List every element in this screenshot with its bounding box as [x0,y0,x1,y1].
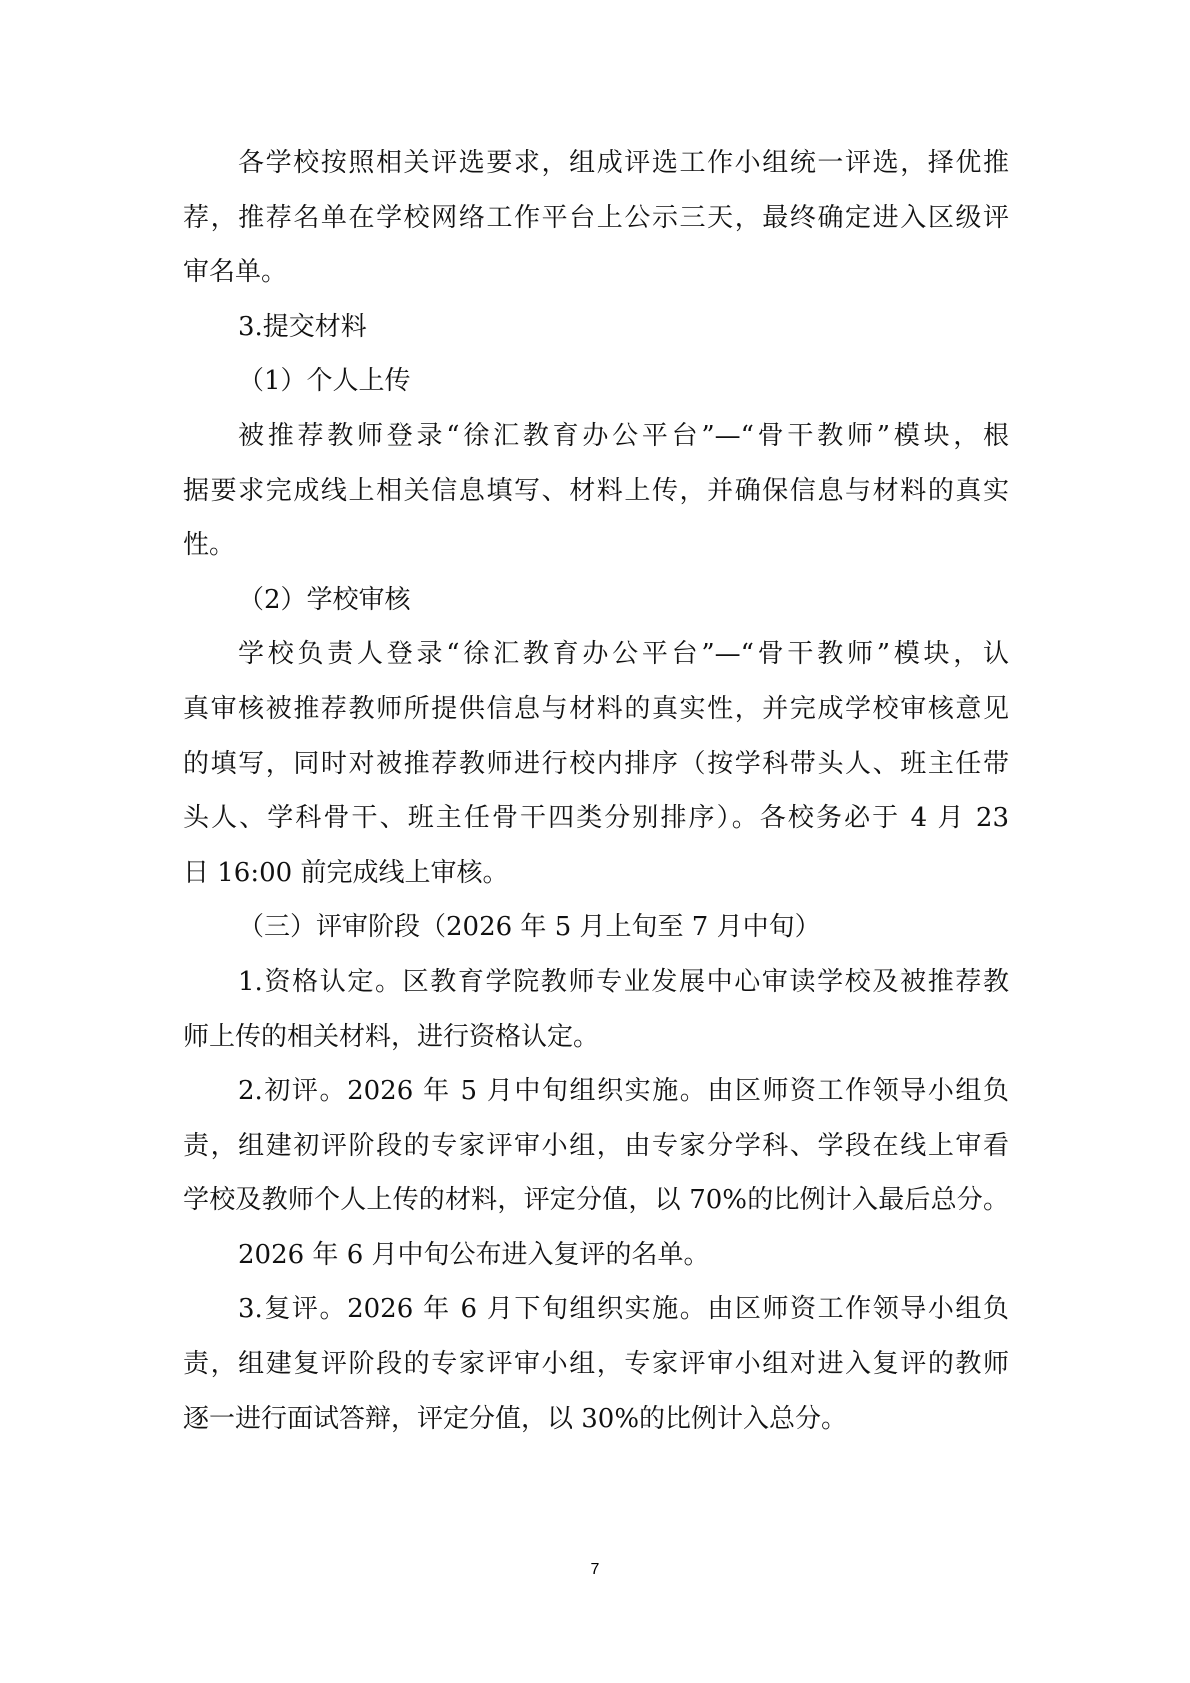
text-line: （三）评审阶段（2026 年 5 月上旬至 7 月中旬） [183,900,1009,955]
text-line: 师上传的相关材料，进行资格认定。 [183,1010,1009,1065]
text-line: 3.提交材料 [183,300,1009,355]
document-body: 各学校按照相关评选要求，组成评选工作小组统一评选，择优推荐，推荐名单在学校网络工… [183,136,1009,1446]
page-number: 7 [0,1561,1190,1579]
text-line: 荐，推荐名单在学校网络工作平台上公示三天，最终确定进入区级评 [183,191,1009,246]
text-line: 责，组建复评阶段的专家评审小组，专家评审小组对进入复评的教师 [183,1337,1009,1392]
text-line: 被推荐教师登录“徐汇教育办公平台”—“骨干教师”模块，根 [183,409,1009,464]
text-line: 日 16:00 前完成线上审核。 [183,846,1009,901]
text-line: 性。 [183,518,1009,573]
text-line: 2026 年 6 月中旬公布进入复评的名单。 [183,1228,1009,1283]
text-line: 学校负责人登录“徐汇教育办公平台”—“骨干教师”模块，认 [183,627,1009,682]
text-line: 头人、学科骨干、班主任骨干四类分别排序）。各校务必于 4 月 23 [183,791,1009,846]
text-line: 学校及教师个人上传的材料，评定分值，以 70%的比例计入最后总分。 [183,1173,1009,1228]
document-page: 各学校按照相关评选要求，组成评选工作小组统一评选，择优推荐，推荐名单在学校网络工… [0,0,1190,1683]
text-line: （2）学校审核 [183,573,1009,628]
text-line: 1.资格认定。区教育学院教师专业发展中心审读学校及被推荐教 [183,955,1009,1010]
text-line: 2.初评。2026 年 5 月中旬组织实施。由区师资工作领导小组负 [183,1064,1009,1119]
text-line: 的填写，同时对被推荐教师进行校内排序（按学科带头人、班主任带 [183,737,1009,792]
text-line: 各学校按照相关评选要求，组成评选工作小组统一评选，择优推 [183,136,1009,191]
text-line: 真审核被推荐教师所提供信息与材料的真实性，并完成学校审核意见 [183,682,1009,737]
text-line: 责，组建初评阶段的专家评审小组，由专家分学科、学段在线上审看 [183,1119,1009,1174]
text-line: 3.复评。2026 年 6 月下旬组织实施。由区师资工作领导小组负 [183,1282,1009,1337]
text-line: （1）个人上传 [183,354,1009,409]
text-line: 逐一进行面试答辩，评定分值，以 30%的比例计入总分。 [183,1392,1009,1447]
text-line: 审名单。 [183,245,1009,300]
text-line: 据要求完成线上相关信息填写、材料上传，并确保信息与材料的真实 [183,464,1009,519]
